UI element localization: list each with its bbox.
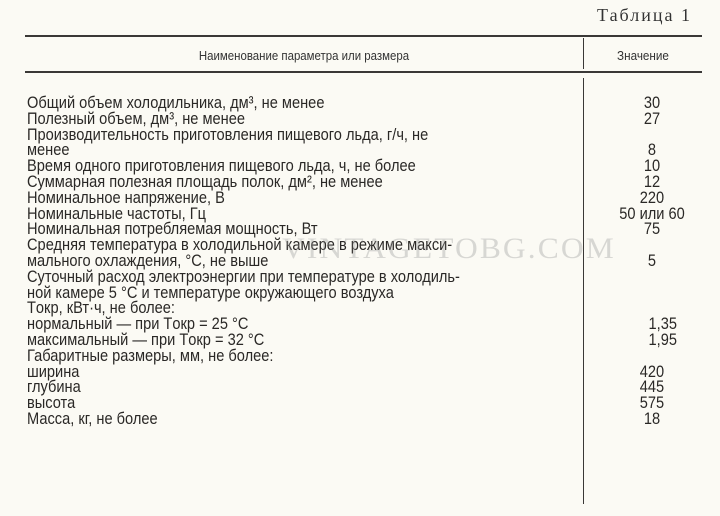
parameter-value: 27 [594,111,711,127]
column-header-value: Значение [590,48,696,63]
table-header-rule [25,71,702,73]
table-row: ширина420 [0,364,720,380]
table-row: Габаритные размеры, мм, не более: [0,348,720,364]
table-top-rule [25,35,702,37]
parameter-value: 5 [594,253,711,269]
table-row: Масса, кг, не более18 [0,411,720,427]
parameter-name: Производительность приготовления пищевог… [27,127,428,143]
table-row: Производительность приготовления пищевог… [0,127,720,143]
table-body: Общий объем холодильника, дм³, не менее3… [0,95,720,427]
table-caption: Таблица 1 [597,5,692,26]
parameter-value: 1,95 [591,332,677,348]
table-row: глубина445 [0,379,720,395]
parameter-name: Масса, кг, не более [27,411,158,427]
header-column-divider [583,38,584,69]
parameter-value: 75 [594,221,711,237]
column-header-name: Наименование параметра или размера [58,48,549,63]
parameter-value: 18 [594,411,711,427]
document-page: Таблица 1 Наименование параметра или раз… [0,0,720,516]
